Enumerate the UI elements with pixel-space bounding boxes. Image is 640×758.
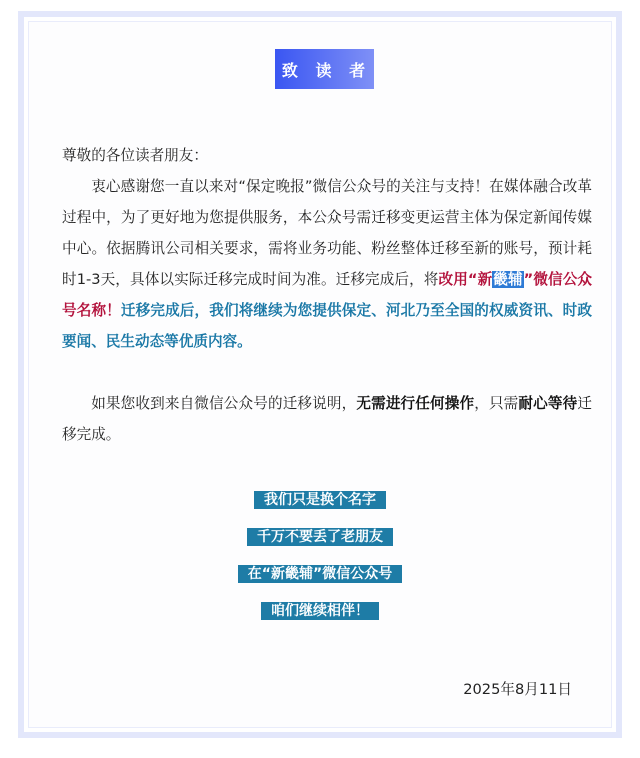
rename-notice-red: 改用“新	[439, 271, 493, 288]
letter-date: 2025年8月11日	[463, 678, 572, 699]
paragraph-2-mid: ，只需	[474, 395, 518, 412]
paragraph-1: 衷心感谢您一直以来对“保定晚报”微信公众号的关注与支持！在媒体融合改革过程中，为…	[62, 171, 592, 357]
paragraph-2-start: 如果您收到来自微信公众号的迁移说明，	[91, 395, 356, 412]
letter-body: 尊敬的各位读者朋友： 衷心感谢您一直以来对“保定晚报”微信公众号的关注与支持！在…	[62, 140, 592, 450]
banner-stack: 我们只是换个名字 千万不要丢了老朋友 在“新畿辅”微信公众号 咱们继续相伴！	[29, 491, 611, 639]
wait-bold: 耐心等待	[518, 395, 577, 412]
greeting: 尊敬的各位读者朋友：	[62, 140, 592, 171]
outer-frame: 致 读 者 尊敬的各位读者朋友： 衷心感谢您一直以来对“保定晚报”微信公众号的关…	[18, 11, 622, 738]
title-badge: 致 读 者	[275, 49, 374, 89]
banner-line-1: 我们只是换个名字	[254, 491, 386, 509]
continue-service-blue: 迁移完成后，我们将继续为您提供保定、河北乃至全国的权威资讯、时政要闻、民生动态等…	[62, 302, 592, 350]
no-action-bold: 无需进行任何操作	[356, 395, 474, 412]
paragraph-2: 如果您收到来自微信公众号的迁移说明，无需进行任何操作，只需耐心等待迁移完成。	[62, 388, 592, 450]
banner-line-4: 咱们继续相伴！	[261, 602, 379, 620]
banner-line-2: 千万不要丢了老朋友	[247, 528, 393, 546]
inner-frame: 致 读 者 尊敬的各位读者朋友： 衷心感谢您一直以来对“保定晚报”微信公众号的关…	[28, 21, 612, 728]
banner-line-3: 在“新畿辅”微信公众号	[238, 565, 402, 583]
new-name-highlight: 畿辅	[492, 271, 523, 288]
